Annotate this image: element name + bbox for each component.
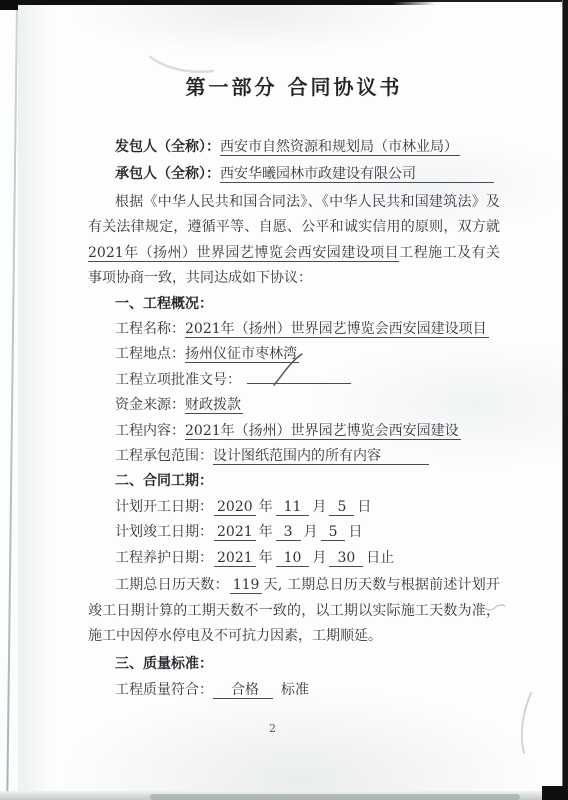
page-title: 第一部分 合同协议书 <box>88 74 500 100</box>
maintenance-day-unit: 日止 <box>366 550 394 566</box>
quality-label: 工程质量符合： <box>115 682 213 698</box>
approval-number-label: 工程立项批准文号： <box>115 372 241 388</box>
crease-mark-bottom-right <box>522 693 531 753</box>
parties-block: 发包人（全称）：西安市自然资源和规划局（市林业局） 承包人（全称）：西安华曦园林… <box>88 134 500 188</box>
contract-scope-value: 设计图纸范围内的所有内容 <box>213 448 429 465</box>
employer-value: 西安市自然资源和规划局（市林业局） <box>220 139 460 156</box>
start-month-unit: 月 <box>312 499 326 515</box>
project-location-label: 工程地点： <box>115 346 185 362</box>
section-heading-contract-duration: 二、合同工期： <box>88 469 500 494</box>
project-content-value: 2021年（扬州）世界园艺博览会西安园建设 <box>185 423 461 440</box>
project-content-label: 工程内容： <box>115 423 185 439</box>
handwritten-slash-mark <box>271 352 305 388</box>
funding-source-label: 资金来源： <box>115 397 185 413</box>
section-heading-quality-standard: 三、质量标准： <box>88 652 500 677</box>
preamble-project-name-underlined: 2021年（扬州）世界园艺博览会西安园建设项目 <box>88 245 399 262</box>
finish-year: 2021 <box>214 524 256 541</box>
project-name-value: 2021年（扬州）世界园艺博览会西安园建设项目 <box>185 321 489 338</box>
quality-suffix: 标准 <box>281 682 309 698</box>
start-day-unit: 日 <box>357 499 371 515</box>
field-row-contract-scope: 工程承包范围：设计图纸范围内的所有内容 <box>88 444 500 469</box>
start-day: 5 <box>329 499 354 516</box>
preamble-paragraph: 根据《中华人民共和国合同法》、《中华人民共和国建筑法》及有关法律规定，遵循平等、… <box>88 190 500 292</box>
field-row-project-content: 工程内容：2021年（扬州）世界园艺博览会西安园建设 <box>88 419 500 444</box>
maintenance-date-row: 工程养护日期：2021年10月30日止 <box>88 546 500 571</box>
scan-edge-bottom-right-corner <box>542 786 568 800</box>
scan-edge-right <box>562 0 568 800</box>
approval-number-blank <box>247 369 351 384</box>
maintenance-month-unit: 月 <box>312 550 326 566</box>
maintenance-year: 2021 <box>214 550 256 567</box>
finish-day: 5 <box>321 524 346 541</box>
maintenance-day: 30 <box>329 550 363 567</box>
preamble-text-before: 根据《中华人民共和国合同法》、《中华人民共和国建筑法》及有关法律规定，遵循平等、… <box>88 194 500 235</box>
finish-day-unit: 日 <box>348 524 362 540</box>
maintenance-month: 10 <box>276 550 310 567</box>
contractor-label: 承包人（全称）： <box>115 166 220 182</box>
start-year: 2020 <box>214 499 256 516</box>
duration-label: 工期总日历天数： <box>115 577 229 593</box>
maintenance-year-unit: 年 <box>259 550 273 566</box>
contract-scope-label: 工程承包范围： <box>115 448 213 464</box>
paper-content: 第一部分 合同协议书 发包人（全称）：西安市自然资源和规划局（市林业局） 承包人… <box>88 0 500 703</box>
finish-date-row: 计划竣工日期：2021年3月5日 <box>88 520 500 545</box>
scanned-contract-page: 第一部分 合同协议书 发包人（全称）：西安市自然资源和规划局（市林业局） 承包人… <box>0 0 568 800</box>
field-row-funding-source: 资金来源：财政拨款 <box>88 393 500 418</box>
field-row-approval-number: 工程立项批准文号： <box>88 368 500 393</box>
duration-days: 119 <box>230 577 263 594</box>
start-date-label: 计划开工日期： <box>115 499 213 515</box>
scan-edge-top-left-corner <box>0 0 18 10</box>
duration-paragraph: 工期总日历天数：119天, 工期总日历天数与根据前述计划开竣工日期计算的工期天数… <box>88 573 500 649</box>
scan-edge-top <box>0 0 436 5</box>
maintenance-date-label: 工程养护日期： <box>115 550 213 566</box>
start-date-row: 计划开工日期：2020年11月5日 <box>88 495 500 520</box>
finish-month: 3 <box>276 524 301 541</box>
scan-edge-bottom-smudge <box>150 794 520 800</box>
finish-year-unit: 年 <box>259 524 273 540</box>
start-year-unit: 年 <box>259 499 273 515</box>
project-name-label: 工程名称： <box>115 321 185 337</box>
start-month: 11 <box>276 499 310 516</box>
section-heading-project-overview: 一、工程概况： <box>88 292 500 317</box>
employer-row: 发包人（全称）：西安市自然资源和规划局（市林业局） <box>88 134 500 161</box>
field-row-project-name: 工程名称：2021年（扬州）世界园艺博览会西安园建设项目 <box>88 317 500 342</box>
paper-left-shadow <box>18 0 52 800</box>
employer-label: 发包人（全称）： <box>115 139 220 155</box>
quality-row: 工程质量符合：合格标准 <box>88 678 500 703</box>
quality-value: 合格 <box>213 682 273 699</box>
contractor-value: 西安华曦园林市政建设有限公司 <box>220 166 494 183</box>
finish-date-label: 计划竣工日期： <box>115 524 213 540</box>
funding-source-value: 财政拨款 <box>185 397 243 414</box>
finish-month-unit: 月 <box>304 524 318 540</box>
contractor-row: 承包人（全称）：西安华曦园林市政建设有限公司 <box>88 161 500 188</box>
page-number: 2 <box>269 722 276 735</box>
